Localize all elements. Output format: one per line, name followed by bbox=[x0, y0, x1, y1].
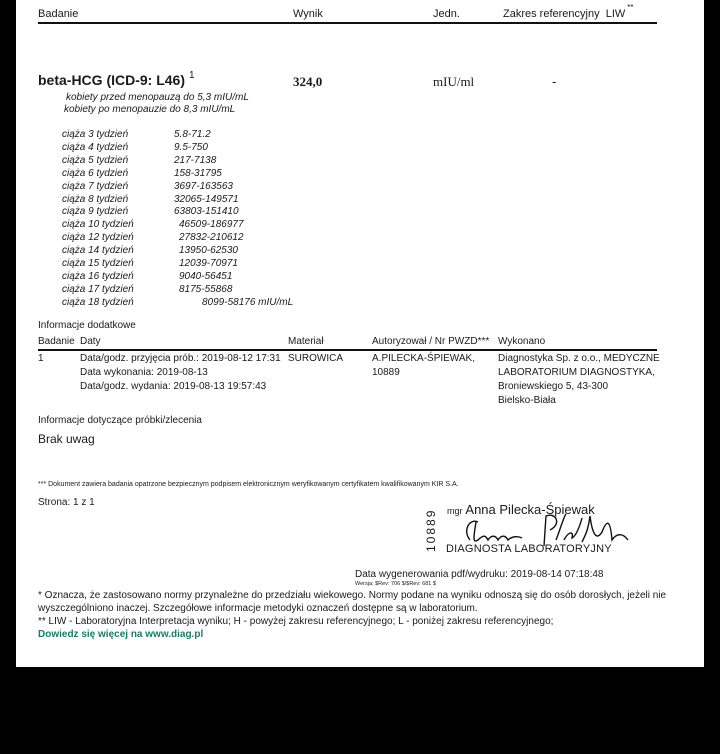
pregnancy-week-label: ciąża 17 tydzień bbox=[62, 284, 134, 295]
info-row-dates: Data/godz. przyjęcia prób.: 2019-08-12 1… bbox=[80, 352, 281, 394]
pregnancy-range-value: 217-7138 bbox=[174, 155, 216, 166]
test-footnote-mark: 1 bbox=[189, 70, 195, 81]
generated-date: Data wygenerowania pdf/wydruku: 2019-08-… bbox=[355, 569, 604, 580]
additional-info-title: Informacje dodatkowe bbox=[38, 320, 136, 331]
authorizer-name: A.PILECKA-ŚPIEWAK, bbox=[372, 352, 475, 366]
lab-line-4: Bielsko-Biała bbox=[498, 394, 660, 408]
info-col-test: Badanie bbox=[38, 336, 75, 347]
pregnancy-week-label: ciąża 4 tydzień bbox=[62, 142, 128, 153]
pregnancy-range-value: 9040-56451 bbox=[179, 271, 232, 282]
kir-note: *** Dokument zawiera badania opatrzone b… bbox=[38, 481, 459, 488]
pregnancy-range-value: 5.8-71.2 bbox=[174, 129, 211, 140]
pregnancy-range-value: 158-31795 bbox=[174, 168, 222, 179]
footnote-3: ** LIW - Laboratoryjna Interpretacja wyn… bbox=[38, 616, 553, 627]
pregnancy-week-label: ciąża 10 tydzień bbox=[62, 219, 134, 230]
test-unit: mIU/ml bbox=[433, 74, 474, 90]
pregnancy-week-label: ciąża 6 tydzień bbox=[62, 168, 128, 179]
pregnancy-week-label: ciąża 9 tydzień bbox=[62, 206, 128, 217]
info-col-dates: Daty bbox=[80, 336, 101, 347]
info-row-authorized: A.PILECKA-ŚPIEWAK, 10889 bbox=[372, 352, 475, 380]
header-liw-label: LIW bbox=[606, 8, 626, 20]
lab-result-page: Badanie Wynik Jedn. Zakres referencyjny … bbox=[16, 0, 704, 667]
lab-line-1: Diagnostyka Sp. z o.o., MEDYCZNE bbox=[498, 352, 660, 366]
note-premenopause: kobiety przed menopauzą do 5,3 mIU/mL bbox=[66, 92, 249, 103]
footnote-1: * Oznacza, że zastosowano normy przynale… bbox=[38, 590, 666, 601]
pregnancy-week-label: ciąża 14 tydzień bbox=[62, 245, 134, 256]
info-col-material: Materiał bbox=[288, 336, 324, 347]
pregnancy-range-value: 32065-149571 bbox=[174, 194, 239, 205]
pregnancy-week-label: ciąża 3 tydzień bbox=[62, 129, 128, 140]
header-divider bbox=[38, 22, 657, 24]
info-row-test: 1 bbox=[38, 352, 44, 366]
pregnancy-range-value: 63803-151410 bbox=[174, 206, 239, 217]
header-ref-range: Zakres referencyjny LIW** bbox=[503, 8, 634, 20]
pregnancy-week-label: ciąża 12 tydzień bbox=[62, 232, 134, 243]
diag-website-link[interactable]: Dowiedz się więcej na www.diag.pl bbox=[38, 629, 203, 640]
stamp-number: 10889 bbox=[424, 509, 438, 552]
test-ref-range: - bbox=[552, 74, 556, 89]
lab-line-3: Broniewskiego 5, 43-300 bbox=[498, 380, 660, 394]
pregnancy-week-label: ciąża 15 tydzień bbox=[62, 258, 134, 269]
authorizer-number: 10889 bbox=[372, 366, 475, 380]
pregnancy-week-label: ciąża 18 tydzień bbox=[62, 297, 134, 308]
pregnancy-range-value: 8175-55868 bbox=[179, 284, 232, 295]
test-name: beta-HCG (ICD-9: L46)1 bbox=[38, 72, 195, 88]
header-result: Wynik bbox=[293, 8, 323, 20]
pregnancy-week-label: ciąża 8 tydzień bbox=[62, 194, 128, 205]
pregnancy-range-value: 13950-62530 bbox=[179, 245, 238, 256]
test-name-text: beta-HCG (ICD-9: L46) bbox=[38, 72, 185, 88]
header-unit: Jedn. bbox=[433, 8, 460, 20]
header-test: Badanie bbox=[38, 8, 78, 20]
date-performed: Data wykonania: 2019-08-13 bbox=[80, 366, 281, 380]
pregnancy-range-value: 3697-163563 bbox=[174, 181, 233, 192]
info-col-authorized: Autoryzował / Nr PWZD*** bbox=[372, 336, 489, 347]
stamp-title: DIAGNOSTA LABORATORYJNY bbox=[446, 543, 612, 555]
header-ref-label: Zakres referencyjny bbox=[503, 8, 600, 20]
info-divider bbox=[38, 349, 657, 351]
test-result: 324,0 bbox=[293, 74, 322, 90]
pregnancy-range-value: 46509-186977 bbox=[179, 219, 244, 230]
info-row-performed: Diagnostyka Sp. z o.o., MEDYCZNE LABORAT… bbox=[498, 352, 660, 408]
sample-info-title: Informacje dotyczące próbki/zlecenia bbox=[38, 415, 202, 426]
info-row-material: SUROWICA bbox=[288, 352, 343, 366]
pregnancy-range-value: 8099-58176 mIU/mL bbox=[202, 297, 293, 308]
version-info: Wersja: $Rev: 706 $/$Rev: 681 $ bbox=[355, 581, 436, 587]
lab-line-2: LABORATORIUM DIAGNOSTYKA, bbox=[498, 366, 660, 380]
info-col-performed: Wykonano bbox=[498, 336, 545, 347]
pregnancy-range-value: 12039-70971 bbox=[179, 258, 238, 269]
page-indicator: Strona: 1 z 1 bbox=[38, 497, 95, 508]
note-postmenopause: kobiety po menopauzie do 8,3 mIU/mL bbox=[64, 104, 235, 115]
pregnancy-week-label: ciąża 7 tydzień bbox=[62, 181, 128, 192]
pregnancy-range-value: 9.5-750 bbox=[174, 142, 208, 153]
date-received: Data/godz. przyjęcia prób.: 2019-08-12 1… bbox=[80, 352, 281, 366]
pregnancy-week-label: ciąża 16 tydzień bbox=[62, 271, 134, 282]
pregnancy-week-label: ciąża 5 tydzień bbox=[62, 155, 128, 166]
pregnancy-range-value: 27832-210612 bbox=[179, 232, 244, 243]
header-liw-mark: ** bbox=[627, 3, 633, 12]
footnote-2: wyszczególniono inaczej. Szczegółowe inf… bbox=[38, 603, 478, 614]
sample-info-value: Brak uwag bbox=[38, 432, 95, 446]
date-issued: Data/godz. wydania: 2019-08-13 19:57:43 bbox=[80, 380, 281, 394]
